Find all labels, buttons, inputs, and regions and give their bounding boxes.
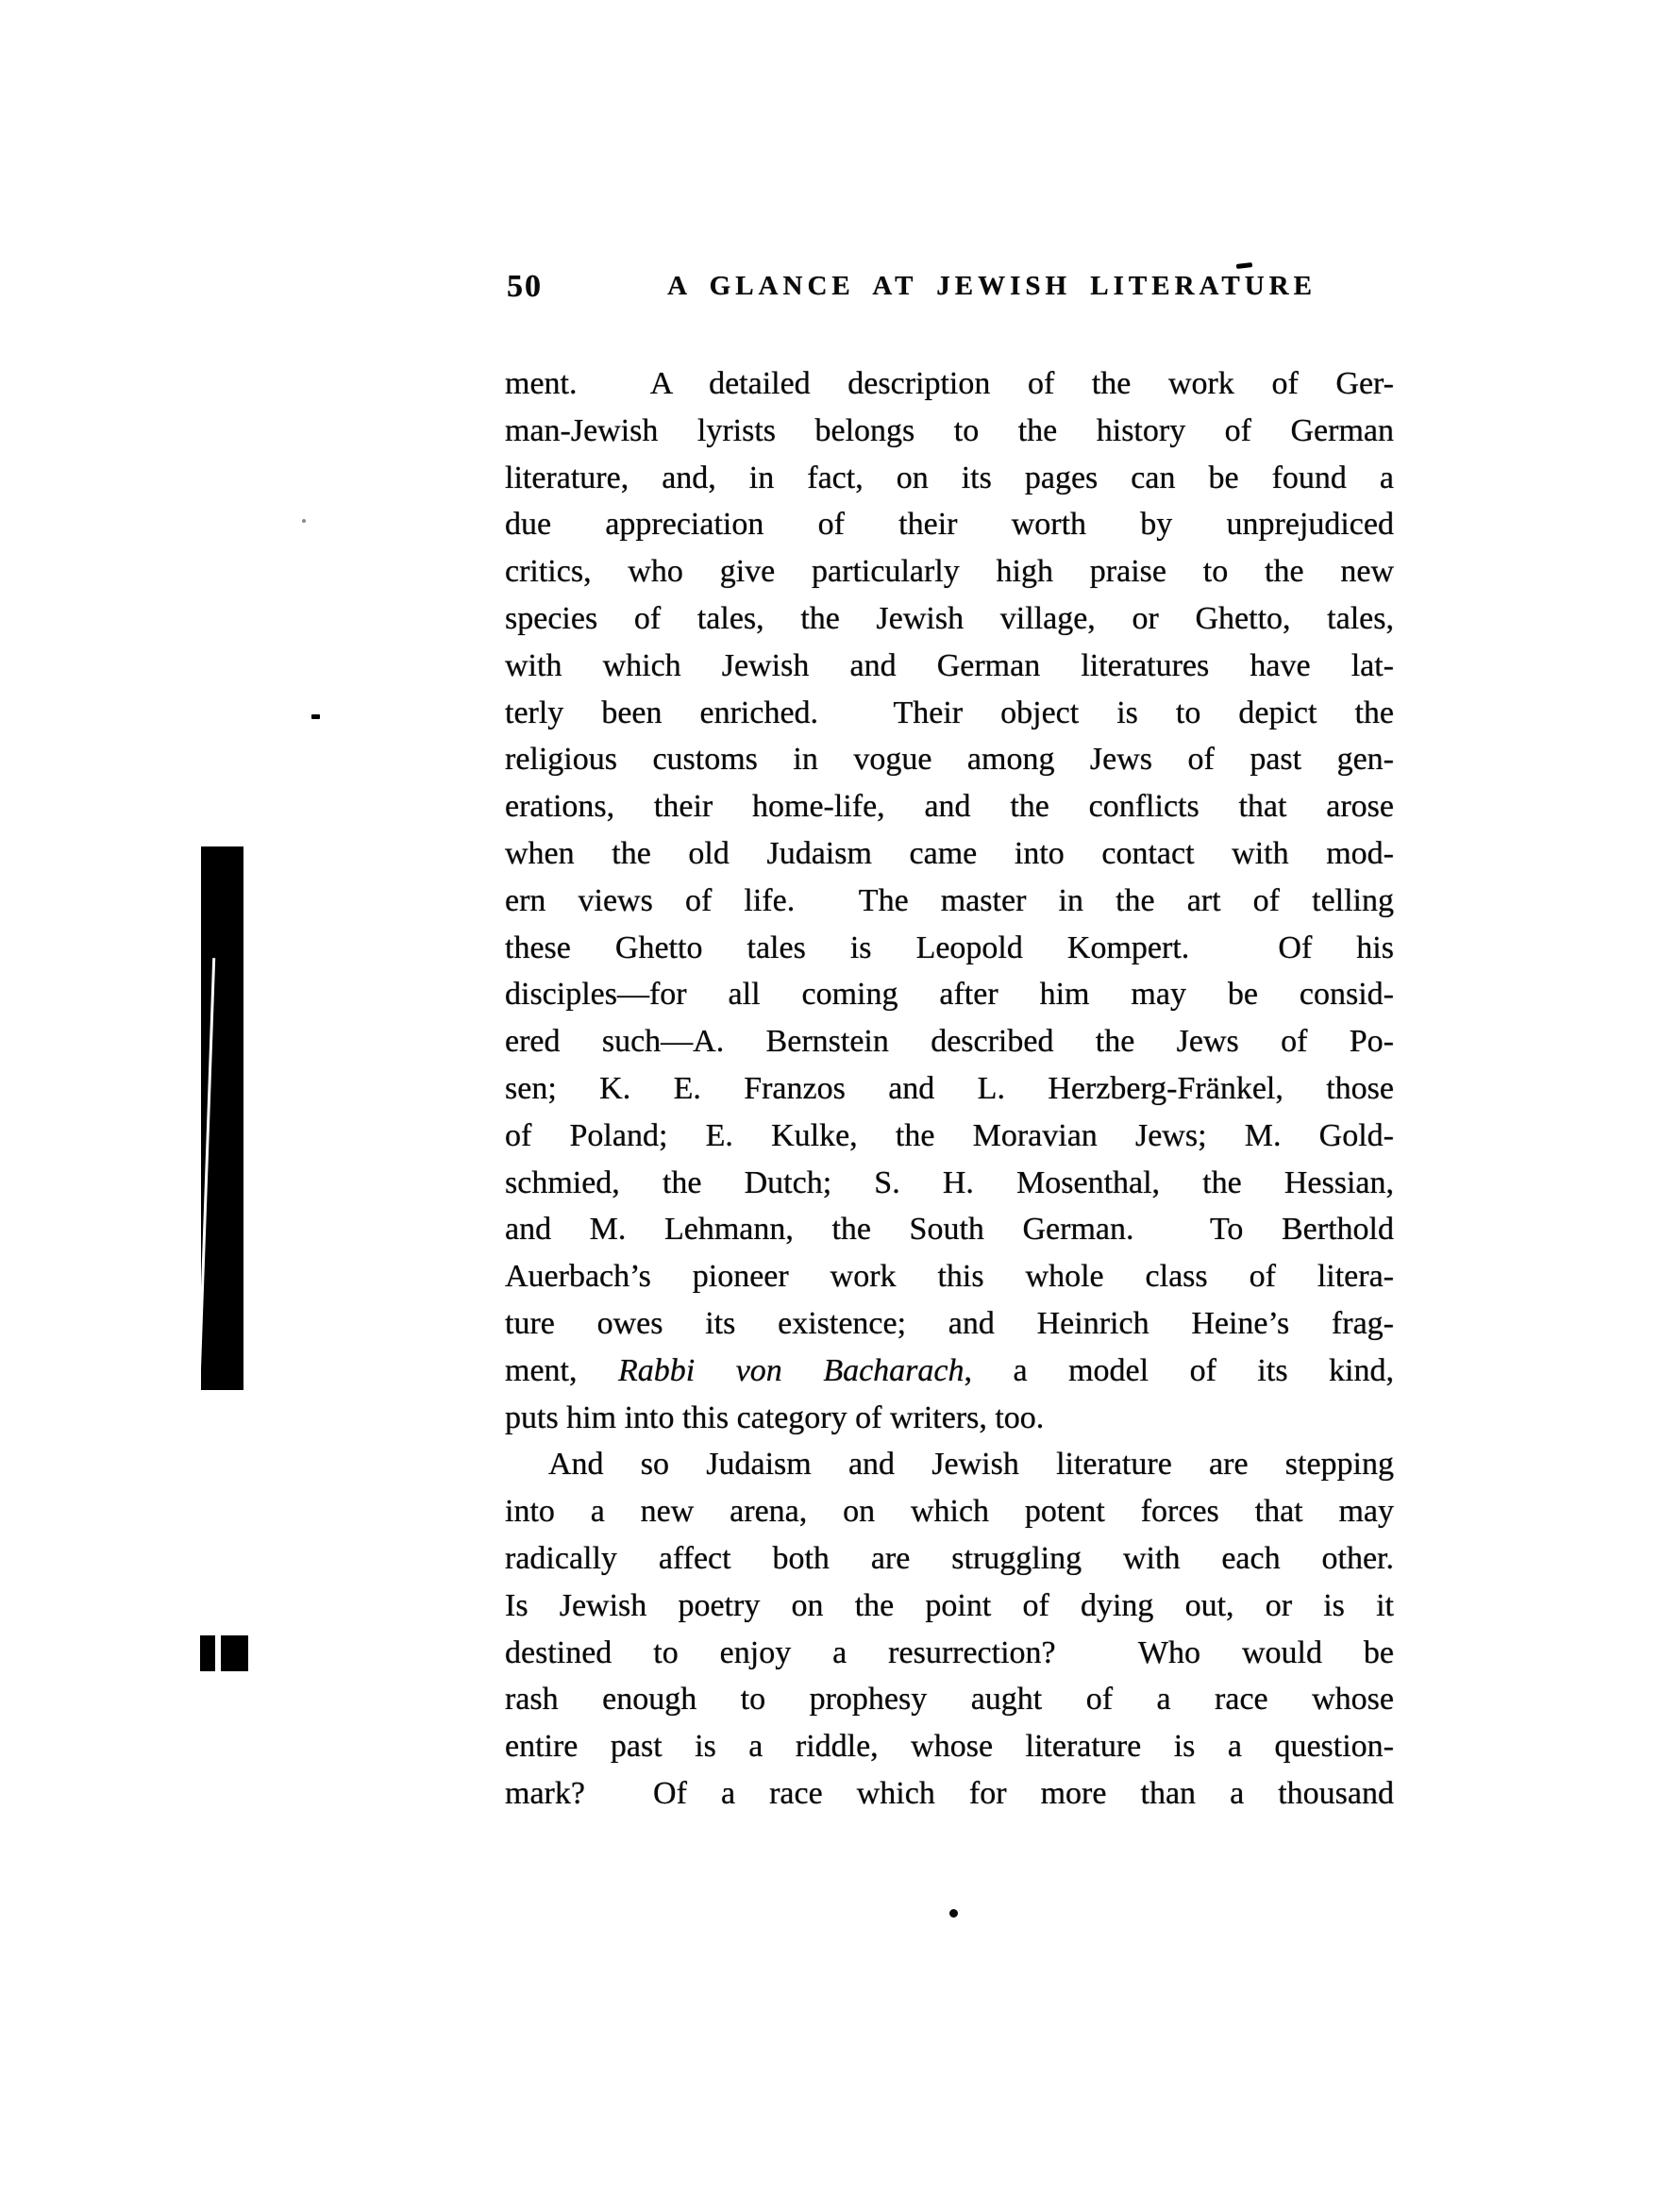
text-segment: due appreciation of their worth by unpre…	[505, 507, 1394, 542]
ink-blob-right	[221, 1635, 248, 1671]
text-line: rash enough to prophesy aught of a race …	[505, 1676, 1394, 1723]
text-line: man-Jewish lyrists belongs to the histor…	[505, 408, 1394, 455]
text-segment: schmied, the Dutch; S. H. Mosenthal, the…	[505, 1165, 1394, 1200]
text-line: ered such—A. Bernstein described the Jew…	[505, 1018, 1394, 1065]
scratch-line-artifact	[201, 958, 215, 1390]
text-line: critics, who give particularly high prai…	[505, 548, 1394, 595]
margin-dash-artifact	[311, 714, 320, 719]
text-line: disciples—for all coming after him may b…	[505, 971, 1394, 1018]
text-segment: Is Jewish poetry on the point of dying o…	[505, 1588, 1394, 1623]
text-line: ern views of life. The master in the art…	[505, 878, 1394, 925]
text-segment: destined to enjoy a resurrection? Who wo…	[505, 1635, 1394, 1670]
text-line: these Ghetto tales is Leopold Kompert. O…	[505, 925, 1394, 972]
paragraph: And so Judaism and Jewish literature are…	[505, 1441, 1394, 1817]
text-segment: religious customs in vogue among Jews of…	[505, 742, 1394, 777]
text-segment: when the old Judaism came into contact w…	[505, 836, 1394, 871]
ink-bar-artifact	[201, 846, 243, 1390]
text-segment: and M. Lehmann, the South German. To Ber…	[505, 1212, 1394, 1247]
text-line: sen; K. E. Franzos and L. Herzberg-Fränk…	[505, 1065, 1394, 1113]
text-segment: of Poland; E. Kulke, the Moravian Jews; …	[505, 1118, 1394, 1153]
scanned-book-page: 50 A GLANCE AT JEWISH LITERATURE ment. A…	[0, 0, 1661, 2212]
text-line: due appreciation of their worth by unpre…	[505, 501, 1394, 548]
text-line: Auerbach’s pioneer work this whole class…	[505, 1253, 1394, 1300]
text-line: with which Jewish and German literatures…	[505, 643, 1394, 690]
text-line: radically affect both are struggling wit…	[505, 1535, 1394, 1583]
text-segment: And so Judaism and Jewish literature are…	[548, 1447, 1394, 1482]
text-line: mark? Of a race which for more than a th…	[505, 1770, 1394, 1818]
text-segment: terly been enriched. Their object is to …	[505, 695, 1394, 730]
text-segment: with which Jewish and German literatures…	[505, 648, 1394, 683]
text-segment: rash enough to prophesy aught of a race …	[505, 1682, 1394, 1717]
text-line: and M. Lehmann, the South German. To Ber…	[505, 1206, 1394, 1253]
text-segment: ered such—A. Bernstein described the Jew…	[505, 1024, 1394, 1059]
text-line: ture owes its existence; and Heinrich He…	[505, 1300, 1394, 1348]
margin-dot-artifact	[302, 519, 306, 523]
text-line: And so Judaism and Jewish literature are…	[505, 1441, 1394, 1488]
text-segment: sen; K. E. Franzos and L. Herzberg-Fränk…	[505, 1071, 1394, 1106]
running-title: A GLANCE AT JEWISH LITERATURE	[618, 271, 1366, 302]
text-segment: entire past is a riddle, whose literatur…	[505, 1729, 1394, 1764]
text-segment: disciples—for all coming after him may b…	[505, 977, 1394, 1012]
text-line: erations, their home-life, and the confl…	[505, 783, 1394, 830]
text-segment: radically affect both are struggling wit…	[505, 1541, 1394, 1576]
text-segment: ment,	[505, 1353, 618, 1388]
running-header: 50 A GLANCE AT JEWISH LITERATURE	[505, 267, 1394, 305]
text-line: Is Jewish poetry on the point of dying o…	[505, 1583, 1394, 1630]
text-segment: man-Jewish lyrists belongs to the histor…	[505, 413, 1394, 448]
text-segment: puts him into this category of writers, …	[505, 1400, 1044, 1435]
text-line: terly been enriched. Their object is to …	[505, 690, 1394, 737]
text-segment: mark? Of a race which for more than a th…	[505, 1776, 1394, 1811]
text-column: ment. A detailed description of the work…	[505, 360, 1394, 1818]
text-segment: ment. A detailed description of the work…	[505, 366, 1394, 401]
text-line: literature, and, in fact, on its pages c…	[505, 455, 1394, 502]
text-line: destined to enjoy a resurrection? Who wo…	[505, 1630, 1394, 1677]
ink-blob-left	[200, 1635, 215, 1671]
text-line: religious customs in vogue among Jews of…	[505, 736, 1394, 783]
page-number: 50	[507, 269, 543, 305]
text-segment: literature, and, in fact, on its pages c…	[505, 461, 1394, 495]
text-line: entire past is a riddle, whose literatur…	[505, 1723, 1394, 1770]
paragraph: ment. A detailed description of the work…	[505, 360, 1394, 1441]
text-segment: Auerbach’s pioneer work this whole class…	[505, 1259, 1394, 1294]
text-line: species of tales, the Jewish village, or…	[505, 595, 1394, 643]
ink-blob-artifact	[200, 1635, 248, 1671]
text-line: puts him into this category of writers, …	[505, 1395, 1394, 1442]
text-line: schmied, the Dutch; S. H. Mosenthal, the…	[505, 1160, 1394, 1207]
text-segment: , a model of its kind,	[965, 1353, 1395, 1388]
bottom-dot-artifact	[949, 1909, 958, 1918]
italic-book-title: Rabbi von Bacharach	[618, 1353, 965, 1388]
text-line: ment, Rabbi von Bacharach, a model of it…	[505, 1348, 1394, 1395]
text-line: when the old Judaism came into contact w…	[505, 830, 1394, 878]
ink-dash-artifact	[1236, 262, 1252, 269]
text-line: ment. A detailed description of the work…	[505, 360, 1394, 408]
text-segment: ture owes its existence; and Heinrich He…	[505, 1306, 1394, 1341]
text-line: of Poland; E. Kulke, the Moravian Jews; …	[505, 1113, 1394, 1160]
text-line: into a new arena, on which potent forces…	[505, 1488, 1394, 1535]
text-segment: erations, their home-life, and the confl…	[505, 789, 1394, 824]
text-segment: species of tales, the Jewish village, or…	[505, 601, 1394, 636]
text-segment: these Ghetto tales is Leopold Kompert. O…	[505, 930, 1394, 965]
text-segment: ern views of life. The master in the art…	[505, 883, 1394, 918]
text-segment: into a new arena, on which potent forces…	[505, 1494, 1394, 1529]
text-segment: critics, who give particularly high prai…	[505, 554, 1394, 589]
